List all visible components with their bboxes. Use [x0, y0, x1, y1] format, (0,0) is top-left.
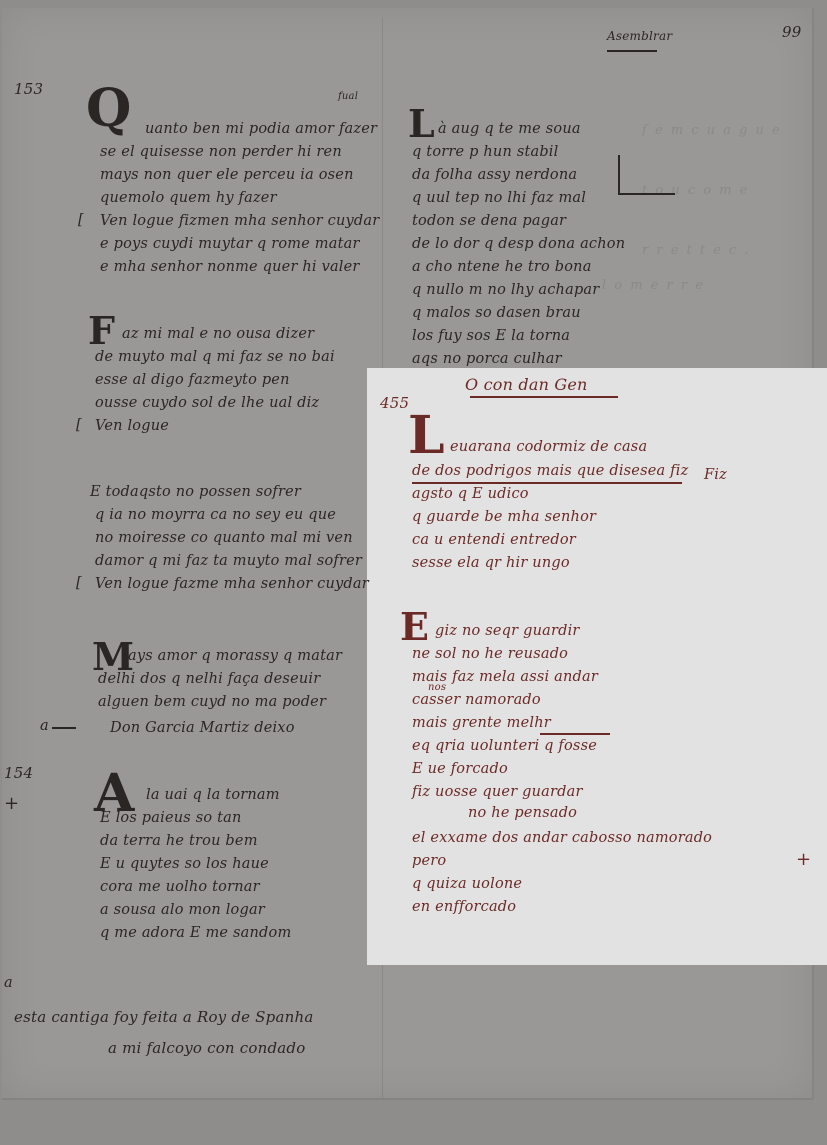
verse-line: q malos so dasen brau — [412, 306, 581, 321]
verse-line: q uul tep no lhi faz mal — [412, 191, 586, 206]
verse-line: da folha assy nerdona — [412, 168, 577, 183]
verse-line: a sousa alo mon logar — [100, 903, 265, 918]
title-underline — [607, 50, 657, 52]
verse-line: alguen bem cuyd no ma poder — [98, 695, 326, 710]
verse-line: E ue forcado — [412, 762, 508, 777]
verse-line: ays amor q morassy q matar — [128, 649, 342, 664]
margin-mark: + — [796, 851, 811, 869]
verse-line: en enfforcado — [412, 900, 516, 915]
verse-line: quemolo quem hy fazer — [100, 191, 277, 206]
verse-line: se el quisesse non perder hi ren — [100, 145, 342, 160]
verse-line: esse al digo fazmeyto pen — [95, 373, 290, 388]
verse-line: q ia no moyrra ca no sey eu que — [95, 508, 336, 523]
marginal-note: fual — [338, 92, 358, 102]
decorated-initial: Q — [86, 83, 131, 135]
poem-number: 153 — [14, 82, 43, 97]
verse-line: az mi mal e no ousa dizer — [122, 327, 314, 342]
verse-line: q guarde be mha senhor — [412, 510, 596, 525]
verse-line: el exxame dos andar cabosso namorado — [412, 831, 712, 846]
verse-line: delhi dos q nelhi faça deseuir — [98, 672, 320, 687]
verse-line: sesse ela qr hir ungo — [412, 556, 570, 571]
verse-line: damor q mi faz ta muyto mal sofrer — [95, 554, 362, 569]
verse-line: aqs no porca culhar — [412, 352, 562, 367]
verse-line: Ven logue — [95, 419, 169, 434]
footer-line: a mi falcoyo con condado — [108, 1041, 305, 1056]
verse-line: q quiza uolone — [412, 877, 522, 892]
verse-line: mays non quer ele perceu ia osen — [100, 168, 354, 183]
verse-line: pero — [412, 854, 446, 869]
verse-line: no he pensado — [468, 806, 577, 821]
decorated-initial: L — [408, 410, 445, 462]
line-underline — [540, 733, 610, 735]
verse-line: de lo dor q desp dona achon — [412, 237, 625, 252]
running-title: Asemblrar — [607, 30, 672, 42]
margin-mark: a — [40, 719, 49, 734]
verse-line: giz no seqr guardir — [435, 624, 580, 639]
margin-dash — [52, 727, 76, 729]
margin-note: Fiz — [704, 468, 727, 483]
verse-line: Ven logue fizmen mha senhor cuydar — [100, 214, 379, 229]
verse-line: E los paieus so tan — [100, 811, 242, 826]
verse-line: la uai q la tornam — [146, 788, 280, 803]
verse-line: eq qria uolunteri q fosse — [412, 739, 597, 754]
poem-number: 455 — [380, 396, 409, 411]
verse-line: q nullo m no lhy achapar — [412, 283, 599, 298]
verse-line: los fuy sos E la torna — [412, 329, 570, 344]
folio-number: 99 — [782, 25, 802, 40]
poem-number: 154 — [4, 766, 33, 781]
verse-line: ne sol no he reusado — [412, 647, 568, 662]
bleed-through-text: l o m e r r e — [602, 278, 705, 293]
verse-line: de dos podrigos mais que disesea fiz — [412, 464, 688, 479]
margin-mark: [ — [76, 576, 82, 591]
verse-line: à aug q te me soua — [438, 122, 581, 137]
verse-line: Ven logue fazme mha senhor cuydar — [95, 577, 369, 592]
verse-line: e poys cuydi muytar q rome matar — [100, 237, 360, 252]
verse-line: no moiresse co quanto mal mi ven — [95, 531, 353, 546]
verse-line: ousse cuydo sol de lhe ual diz — [95, 396, 319, 411]
verse-line: de muyto mal q mi faz se no bai — [95, 350, 335, 365]
verse-line: a cho ntene he tro bona — [412, 260, 592, 275]
verse-line: ca u entendi entredor — [412, 533, 576, 548]
verse-line: cora me uolho tornar — [100, 880, 260, 895]
footer-line: esta cantiga foy feita a Roy de Spanha — [14, 1010, 313, 1025]
rubric-underline — [470, 396, 618, 398]
margin-mark: a — [4, 976, 13, 991]
verse-line: agsto q E udico — [412, 487, 529, 502]
verse-line: mais grente melhr — [412, 716, 551, 731]
verse-line: fiz uosse quer guardar — [412, 785, 583, 800]
margin-bracket — [618, 155, 675, 195]
margin-mark: [ — [78, 213, 84, 228]
verse-line: q me adora E me sandom — [100, 926, 291, 941]
line-underline — [412, 482, 682, 484]
margin-mark: [ — [76, 418, 82, 433]
verse-line: casser namorado — [412, 693, 541, 708]
bleed-through-text: r r e t t e c . — [642, 243, 751, 258]
decorated-initial: E — [400, 608, 429, 646]
verse-line: E u quytes so los haue — [100, 857, 269, 872]
attribution: Don Garcia Martiz deixo — [110, 721, 295, 736]
verse-line: q torre p hun stabil — [412, 145, 559, 160]
rubric-heading: O con dan Gen — [465, 377, 588, 393]
verse-line: todon se dena pagar — [412, 214, 566, 229]
margin-mark: + — [4, 795, 19, 813]
decorated-initial: L — [408, 105, 435, 143]
bleed-through-text: ſ e m c u a g u e — [642, 123, 782, 138]
verse-line: da terra he trou bem — [100, 834, 258, 849]
verse-line: euarana codormiz de casa — [450, 440, 647, 455]
verse-line: E todaqsto no possen sofrer — [90, 485, 301, 500]
decorated-initial: F — [88, 312, 115, 350]
verse-line: uanto ben mi podia amor fazer — [145, 122, 377, 137]
verse-line: e mha senhor nonme quer hi valer — [100, 260, 360, 275]
